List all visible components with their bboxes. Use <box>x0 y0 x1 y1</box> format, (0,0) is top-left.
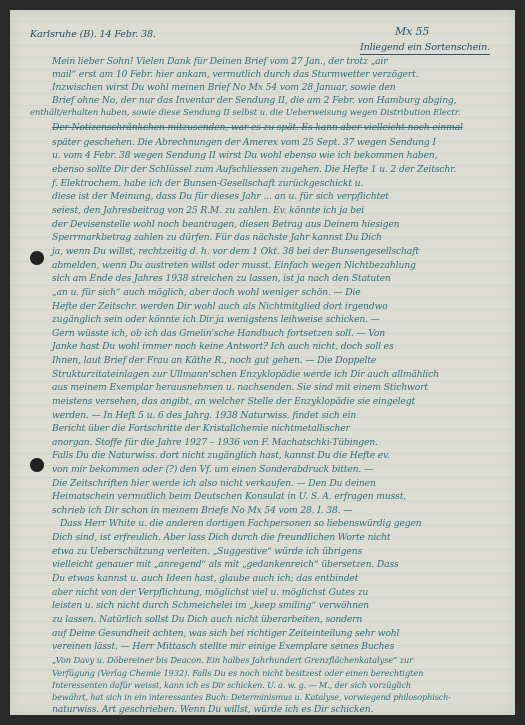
letter-line: meistens versehen, das angibt, an welche… <box>52 397 415 406</box>
letter-line: aber nicht von der Verpflichtung, möglic… <box>52 588 368 597</box>
letter-line: vielleicht genauer mit „anregend“ als mi… <box>52 560 399 569</box>
letter-line: f. Elektrochem. habe ich der Bunsen-Gese… <box>52 179 363 188</box>
letter-line: u. vom 4 Febr. 38 wegen Sendung II wirst… <box>52 151 437 160</box>
letter-line: sich am Ende des Jahres 1938 streichen z… <box>52 274 391 283</box>
letter-line: Ihnen, laut Brief der Frau an Käthe R., … <box>52 356 376 365</box>
letter-line: anorgan. Stoffe für die Jahre 1927 – 193… <box>52 438 378 447</box>
letter-line: Brief ohne No, der nur das Inventar der … <box>52 96 456 105</box>
letter-line: ja, wenn Du willst, rechtzeitig d. h. vo… <box>52 247 419 256</box>
punch-hole-lower <box>30 458 44 472</box>
letter-line: etwa zu Ueberschätzung verleiten. „Sugge… <box>52 547 362 556</box>
letter-line: Falls Du die Naturwiss. dort nicht zugän… <box>52 451 390 460</box>
letter-line: zugänglich sein oder könnte ich Dir ja w… <box>52 315 380 324</box>
letter-line: abmelden, wenn Du austreten willst oder … <box>52 261 416 270</box>
letter-line: auf Deine Gesundheit achten, was sich be… <box>52 629 399 638</box>
letter-line: Dass Herr White u. die anderen dortigen … <box>60 519 422 528</box>
reference-number: Mx 55 <box>395 26 429 37</box>
letter-page: Karlsruhe (B). 14 Febr. 38. Mx 55 Inlieg… <box>10 10 515 715</box>
letter-line: zu lassen. Natürlich sollst Du Dich auch… <box>52 615 362 624</box>
letter-line: „Von Davy u. Döbereiner bis Deacon. Ein … <box>52 656 413 664</box>
letter-line: enthält/erhalten haben, sowie diese Send… <box>30 109 460 118</box>
letter-line: Sperrmarkbetrag zahlen zu dürfen. Für da… <box>52 233 382 242</box>
letter-line: Inzwischen wirst Du wohl meinen Brief No… <box>52 83 396 92</box>
letter-line: mail“ erst am 10 Febr. hier ankam, vermu… <box>52 70 418 79</box>
letter-line: „an u. für sich“ auch möglich, aber doch… <box>52 288 361 297</box>
letter-line: Janke hast Du wohl immer noch keine Antw… <box>52 342 394 351</box>
letter-line: seiest, den Jahresbeitrag von 25 R.M. zu… <box>52 206 364 215</box>
letter-line: von mir bekommen oder (?) den Vf. um ein… <box>52 465 373 474</box>
letter-line: Strukturzitateinlagen zur Ullmann'schen … <box>52 370 439 379</box>
letter-line: Dich sind, ist erfreulich. Aber lass Dic… <box>52 533 390 542</box>
letter-line: naturwiss. Art geschrieben. Wenn Du will… <box>52 705 373 714</box>
letter-line: ebenso sollte Dir der Schlüssel zum Aufs… <box>52 165 456 174</box>
punch-hole-upper <box>30 251 44 265</box>
enclosure-note-text: Inliegend ein Sortenschein. <box>360 42 490 55</box>
letter-line: aus meinem Exemplar herausnehmen u. nach… <box>52 383 428 392</box>
letter-line: Verfügung (Verlag Chemie 1932). Falls Du… <box>52 669 423 677</box>
letter-line: Du etwas kannst u. auch Ideen hast, glau… <box>52 574 358 583</box>
letter-line: Interessenten dafür weisst, kann ich es … <box>52 681 411 689</box>
letter-line: Heimatschein vermutlich beim Deutschen K… <box>52 492 406 501</box>
letter-line: später geschehen. Die Abrechnungen der A… <box>52 138 436 147</box>
letter-line: Gern wüsste ich, ob ich das Gmelin'sche … <box>52 329 385 338</box>
enclosure-note: Inliegend ein Sortenschein. <box>360 43 490 53</box>
letter-line: schrieb ich Dir schon in meinem Briefe N… <box>52 506 352 515</box>
letter-line: leisten u. sich nicht durch Schmeichelei… <box>52 601 369 610</box>
letter-line: vereinen lässt. — Herr Mittasch stellte … <box>52 642 394 651</box>
place-date: Karlsruhe (B). 14 Febr. 38. <box>30 30 156 40</box>
letter-line: werden. — In Heft 5 u. 6 des Jahrg. 1938… <box>52 411 356 420</box>
letter-line: der Devisenstelle wohl noch beantragen, … <box>52 220 399 229</box>
letter-line: Die Zeitschriften hier werde ich also ni… <box>52 479 376 488</box>
letter-line: Hefte der Zeitschr. werden Dir wohl auch… <box>52 302 388 311</box>
letter-line: Bericht über die Fortschritte der Krista… <box>52 424 350 433</box>
letter-line: bewährt, hat sich in ein interessantes B… <box>52 693 451 701</box>
letter-line: Mein lieber Sohn! Vielen Dank für Deinen… <box>52 57 388 66</box>
letter-line: Der Notizenschränkchen mitzusenden, war … <box>52 123 463 132</box>
letter-line: diese ist der Meinung, dass Du für diese… <box>52 192 389 201</box>
